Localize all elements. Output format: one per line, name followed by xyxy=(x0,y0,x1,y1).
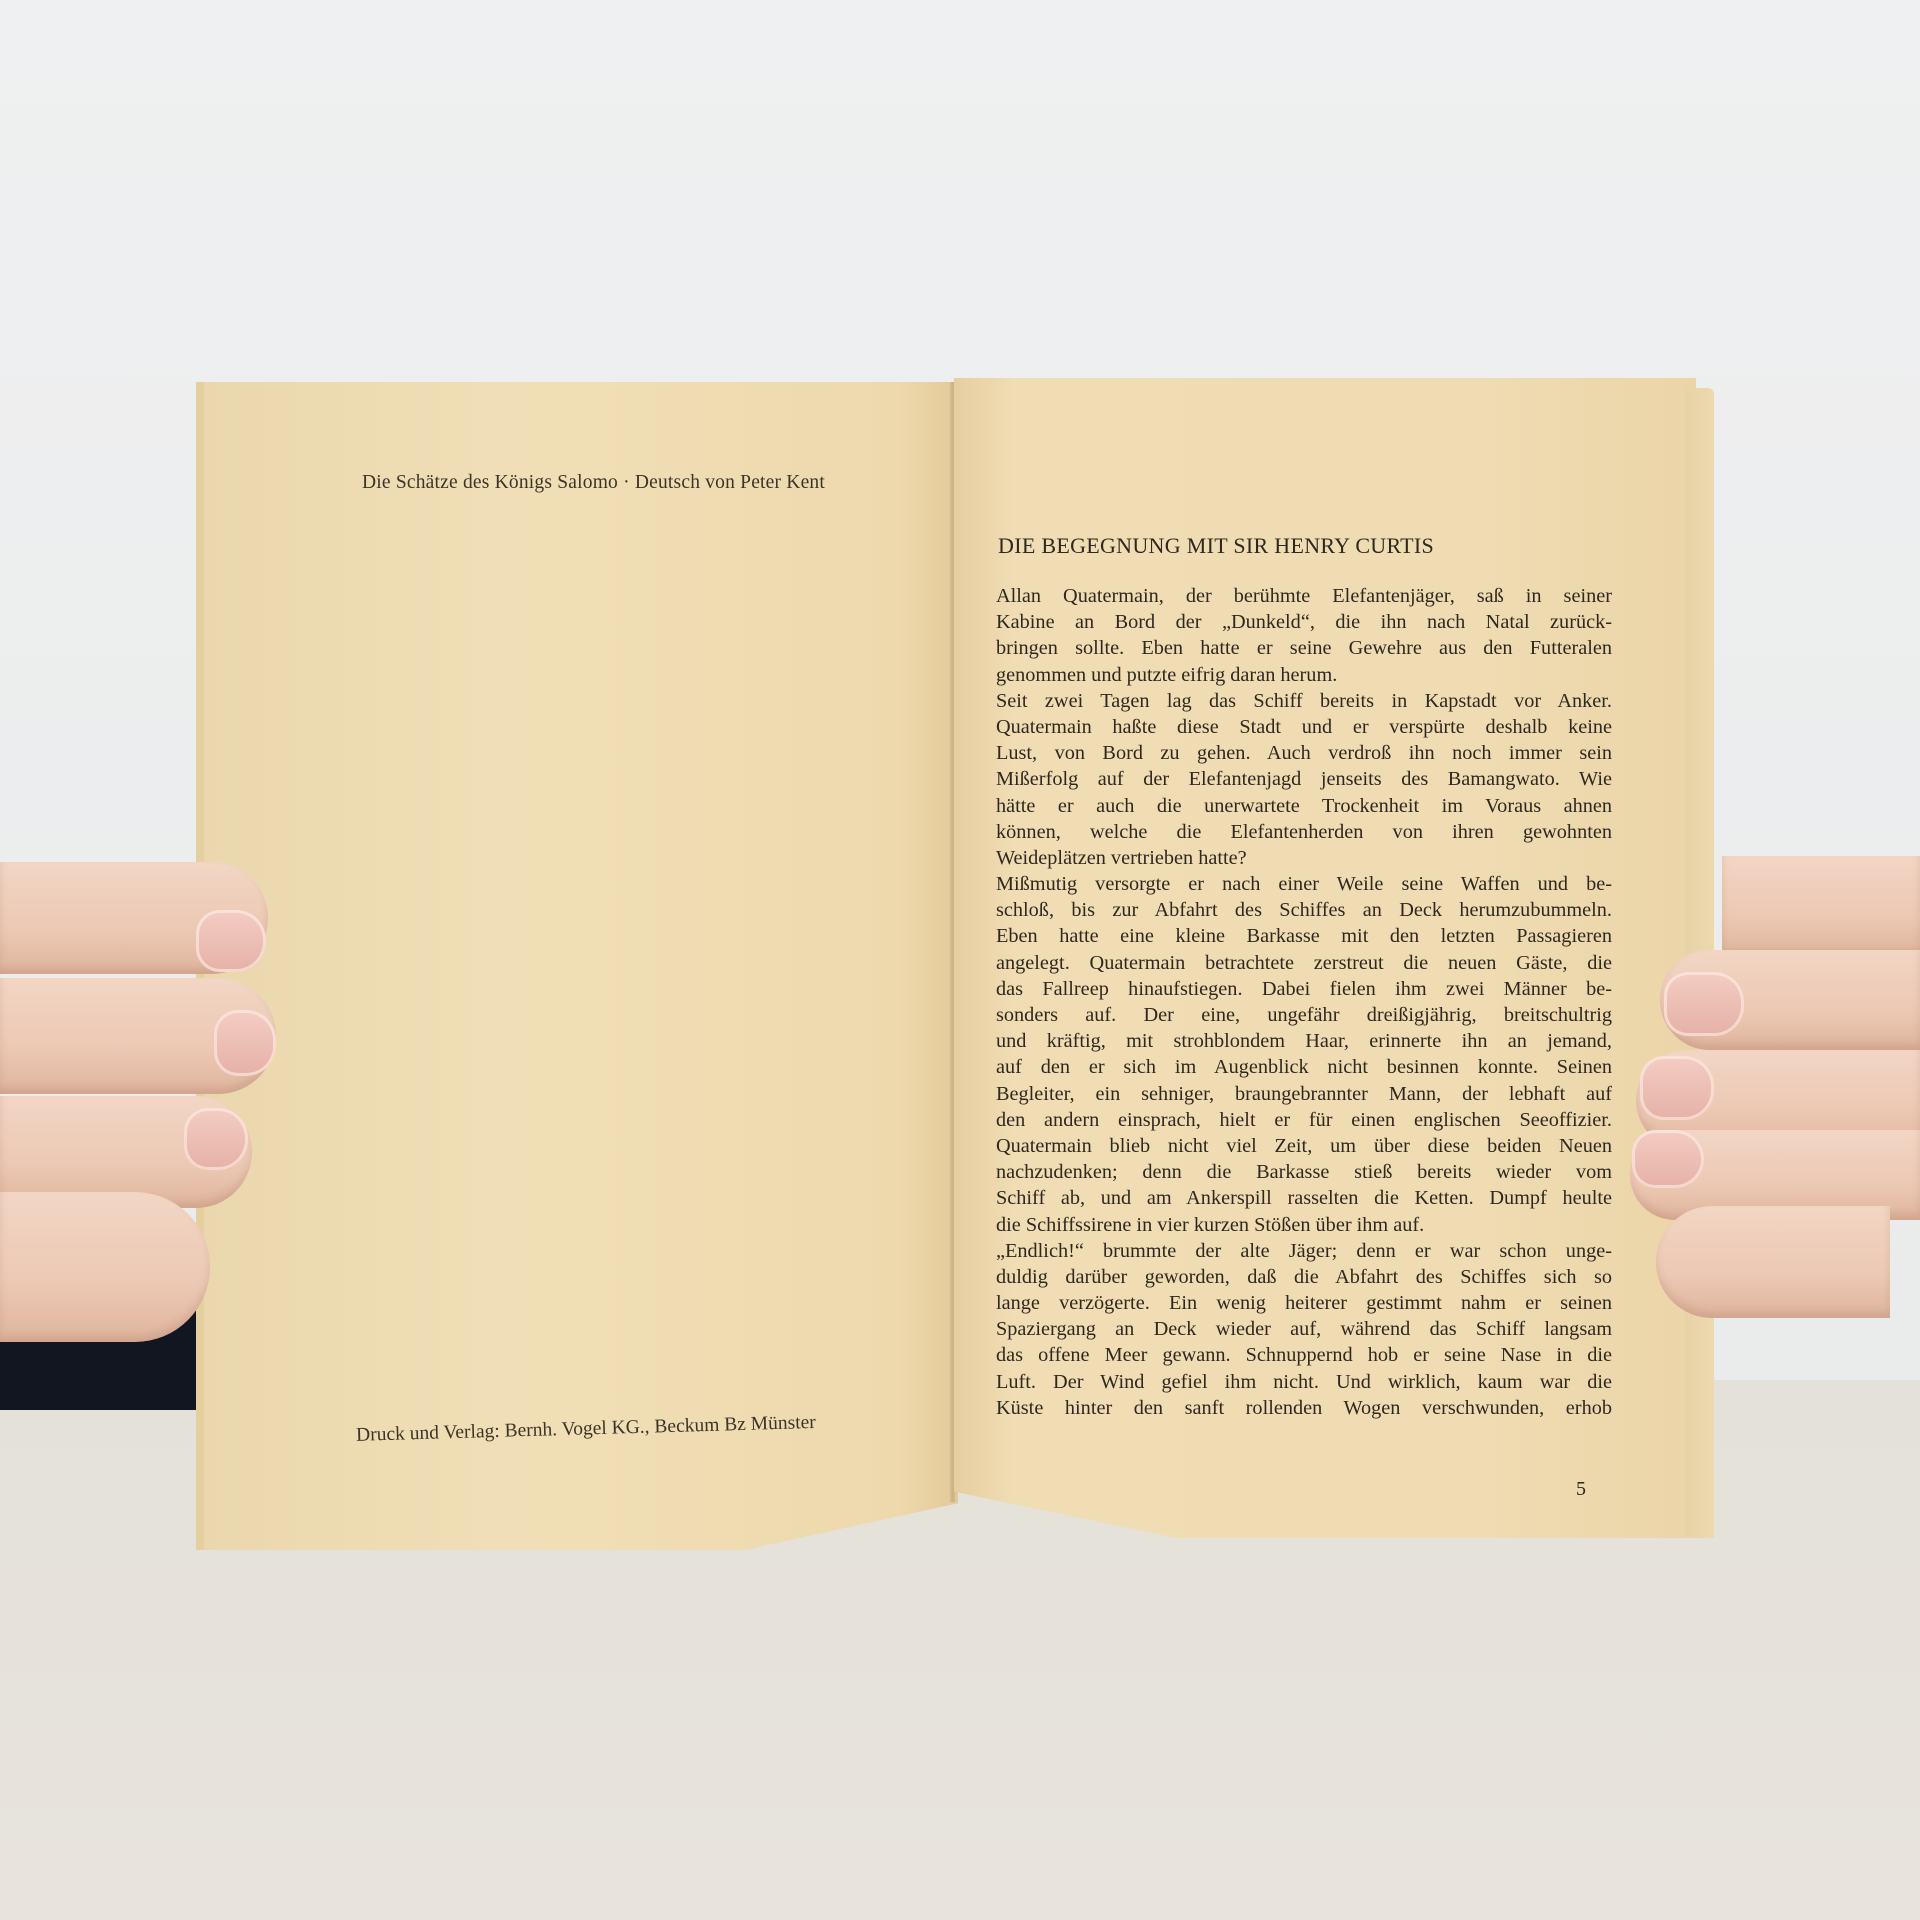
open-book: Die Schätze des Königs Salomo · Deutsch … xyxy=(196,374,1726,1559)
text-line: Mißmutig versorgte er nach einer Weile s… xyxy=(996,871,1612,897)
right-palm-top xyxy=(1722,856,1920,956)
fingernail xyxy=(1664,972,1744,1036)
text-line: duldig darüber geworden, daß die Abfahrt… xyxy=(996,1264,1612,1290)
fingernail xyxy=(214,1010,276,1076)
text-line: Luft. Der Wind gefiel ihm nicht. Und wir… xyxy=(996,1369,1612,1395)
text-line: schloß, bis zur Abfahrt des Schiffes an … xyxy=(996,897,1612,923)
text-line: Küste hinter den sanft rollenden Wogen v… xyxy=(996,1395,1612,1421)
chapter-title: DIE BEGEGNUNG MIT SIR HENRY CURTIS xyxy=(998,533,1558,559)
text-line: Kabine an Bord der „Dunkeld“, die ihn na… xyxy=(996,609,1612,635)
text-line: sonders auf. Der eine, ungefähr dreißigj… xyxy=(996,1002,1612,1028)
text-line: Quatermain blieb nicht viel Zeit, um übe… xyxy=(996,1133,1612,1159)
text-line: Eben hatte eine kleine Barkasse mit den … xyxy=(996,923,1612,949)
text-line: auf den er sich im Augenblick nicht besi… xyxy=(996,1054,1612,1080)
text-line: das Fallreep hinaufstiegen. Dabei fielen… xyxy=(996,976,1612,1002)
text-line: „Endlich!“ brummte der alte Jäger; denn … xyxy=(996,1238,1612,1264)
text-line: Schiff ab, und am Ankerspill rasselten d… xyxy=(996,1185,1612,1211)
text-line: Seit zwei Tagen lag das Schiff bereits i… xyxy=(996,688,1612,714)
text-line: Quatermain haßte diese Stadt und er vers… xyxy=(996,714,1612,740)
text-line: Begleiter, ein sehniger, braungebrannter… xyxy=(996,1081,1612,1107)
text-line: Mißerfolg auf der Elefantenjagd jenseits… xyxy=(996,766,1612,792)
fingernail xyxy=(196,910,266,972)
text-line: Allan Quatermain, der berühmte Elefanten… xyxy=(996,583,1612,609)
text-line: hätte er auch die unerwartete Trockenhei… xyxy=(996,793,1612,819)
text-line: Weideplätzen vertrieben hatte? xyxy=(996,845,1612,871)
text-line: genommen und putzte eifrig daran herum. xyxy=(996,662,1612,688)
publisher-imprint: Druck und Verlag: Bernh. Vogel KG., Beck… xyxy=(356,1409,916,1447)
text-line: angelegt. Quatermain betrachtete zerstre… xyxy=(996,950,1612,976)
right-little-finger xyxy=(1656,1206,1890,1318)
fingernail xyxy=(184,1108,248,1170)
body-text: Allan Quatermain, der berühmte Elefanten… xyxy=(996,583,1612,1421)
text-line: nachzudenken; denn die Barkasse stieß be… xyxy=(996,1159,1612,1185)
text-line: die Schiffssirene in vier kurzen Stößen … xyxy=(996,1212,1612,1238)
text-line: den andern einsprach, hielt er für einen… xyxy=(996,1107,1612,1133)
page-number: 5 xyxy=(1576,1478,1586,1501)
fingernail xyxy=(1640,1056,1714,1120)
text-line: das offene Meer gewann. Schnuppernd hob … xyxy=(996,1342,1612,1368)
left-palm xyxy=(0,1192,210,1342)
left-page: Die Schätze des Königs Salomo · Deutsch … xyxy=(196,382,958,1550)
right-page: DIE BEGEGNUNG MIT SIR HENRY CURTIS Allan… xyxy=(954,378,1696,1538)
text-line: lange verzögerte. Ein wenig heiterer ges… xyxy=(996,1290,1612,1316)
text-line: können, welche die Elefantenherden von i… xyxy=(996,819,1612,845)
text-line: Spaziergang an Deck wieder auf, während … xyxy=(996,1316,1612,1342)
text-line: Lust, von Bord zu gehen. Auch verdroß ih… xyxy=(996,740,1612,766)
fingernail xyxy=(1632,1130,1704,1188)
text-line: bringen sollte. Eben hatte er seine Gewe… xyxy=(996,635,1612,661)
running-head: Die Schätze des Königs Salomo · Deutsch … xyxy=(362,472,902,494)
text-line: und kräftig, mit strohblondem Haar, erin… xyxy=(996,1028,1612,1054)
